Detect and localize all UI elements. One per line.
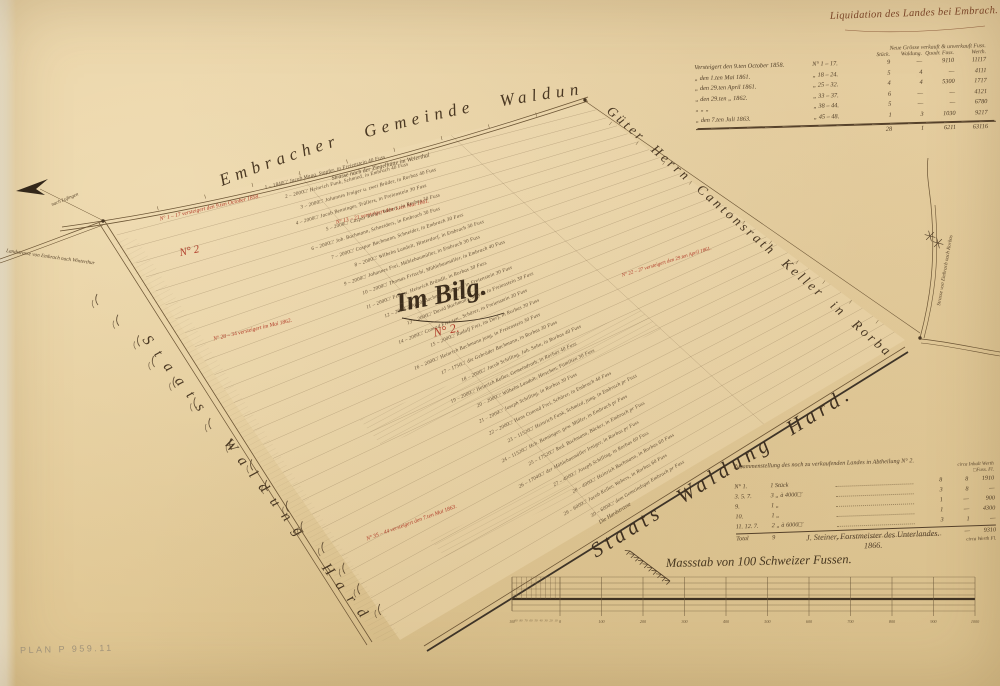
sprig-needle xyxy=(656,574,661,575)
auction-total-value: 63116 xyxy=(956,122,988,133)
north-arrow-icon xyxy=(16,179,48,195)
tree-icon xyxy=(933,242,938,243)
junction-dot-top xyxy=(583,98,586,101)
scale-major-label: 300 xyxy=(681,619,688,624)
summary-value: 4300 xyxy=(969,504,995,515)
summary-leader xyxy=(836,496,914,507)
bush-stroke xyxy=(96,294,98,305)
summary-value: 1 xyxy=(917,505,943,516)
auction-value: 9217 xyxy=(956,108,988,119)
auction-table: Neue Grösse verkauft & unverkauft Fuss. … xyxy=(694,43,996,140)
sprig-needle xyxy=(643,564,648,565)
tree-icon xyxy=(930,232,934,236)
scale-fine-label: 10 xyxy=(555,619,559,623)
scale-caption: Massstab von 100 Schweizer Fussen. xyxy=(665,552,852,570)
summary-value: — xyxy=(969,514,995,525)
bush-stroke xyxy=(92,300,94,308)
auction-value: 1030 xyxy=(924,109,956,120)
sprig-needle xyxy=(629,554,634,555)
summary-value: 8 xyxy=(942,475,968,486)
tree-icon xyxy=(930,236,931,241)
summary-value: 1 xyxy=(944,515,970,526)
sprig-needle xyxy=(665,581,670,582)
scale-major-label: 700 xyxy=(847,619,854,624)
tree-icon xyxy=(938,243,939,248)
sprig-needle xyxy=(634,557,639,558)
summary-leader xyxy=(837,516,915,527)
tree-icon xyxy=(938,243,943,244)
auction-value: 3 xyxy=(892,110,924,121)
bush-stroke xyxy=(117,315,119,326)
auction-parcel-nos xyxy=(814,125,860,137)
auction-date: „ den 7.ten Juli 1863. xyxy=(696,113,814,127)
bush-stroke xyxy=(134,341,136,349)
scale-fine-label: 70 xyxy=(525,619,529,623)
scale-major-label: 500 xyxy=(764,619,771,624)
tree-icon xyxy=(925,235,930,236)
sprig-needle xyxy=(660,577,665,578)
scale-fine-label: 50 xyxy=(535,619,539,623)
summary-value: 1 xyxy=(917,495,943,506)
scale-fine-label: 90 xyxy=(515,619,519,623)
scale-fine-label: 60 xyxy=(530,619,534,623)
road-right-exit-a xyxy=(921,339,1000,352)
tree-icon xyxy=(926,236,930,240)
scale-major-label: 200 xyxy=(640,619,647,624)
north-arrow-line xyxy=(40,189,102,220)
auction-parcel-nos: „ 45 – 48. xyxy=(814,112,860,124)
tree-icon xyxy=(929,231,930,236)
summary-value: 8 xyxy=(942,485,968,496)
summary-value: 3 xyxy=(918,515,944,526)
scale-fine-label: 30 xyxy=(545,619,549,623)
title-flourish xyxy=(845,26,985,32)
summary-value: 3 xyxy=(916,485,942,496)
auction-table-rows: Versteigert den 9.ten October 1858.N° 1 … xyxy=(694,55,996,141)
bush-stroke xyxy=(170,383,172,391)
road-rorbas-b xyxy=(924,205,937,338)
summary-value: 900 xyxy=(969,494,995,505)
scale-fine-label: 20 xyxy=(550,619,554,623)
summary-value: — xyxy=(943,505,969,516)
sprig-stem xyxy=(630,551,670,581)
road-rorbas-a xyxy=(920,158,933,338)
scale-major-label: 0 xyxy=(559,619,562,624)
bush-stroke xyxy=(137,335,139,346)
summary-no: 11. 12. 7. xyxy=(736,521,772,532)
scale-major-label: 1000 xyxy=(971,619,980,624)
scale-fine-label: 40 xyxy=(540,619,544,623)
summary-value: 8 xyxy=(916,475,942,486)
auction-total-value: 28 xyxy=(860,124,892,135)
bush-stroke xyxy=(113,321,115,329)
sprig-needle xyxy=(647,567,652,568)
road-label-lufingen: nach Lufingen xyxy=(51,192,80,208)
scale-major-label: 400 xyxy=(723,619,730,624)
scale-fine-label: 80 xyxy=(520,619,524,623)
summary-leader xyxy=(835,476,913,487)
sprig-needle xyxy=(625,551,630,552)
bush-stroke xyxy=(149,362,151,370)
map-sheet: Embracher Gemeinde Waldung Güter Herrn C… xyxy=(0,0,1000,686)
summary-value: 1910 xyxy=(968,474,994,485)
junction-dot-right xyxy=(918,336,921,339)
summary-value: — xyxy=(943,495,969,506)
tree-icon xyxy=(938,239,942,243)
auction-total-value: 6211 xyxy=(924,122,956,133)
road-label-landstrasse: Landstrasse von Embrach nach Winterthur xyxy=(5,248,96,267)
fir-sprig-icon xyxy=(625,551,670,585)
sprig-needle xyxy=(638,561,643,562)
auction-value: 1 xyxy=(860,111,892,122)
summary-leader xyxy=(836,506,914,517)
scale-major-label: 100 xyxy=(598,619,605,624)
auction-total-value: 1 xyxy=(892,123,924,134)
scale-bar: 1009080706050403020100100200300400500600… xyxy=(509,577,980,624)
scale-major-label: 900 xyxy=(930,619,937,624)
sprig-needle xyxy=(651,571,656,572)
summary-leader xyxy=(836,486,914,497)
scale-major-label: 800 xyxy=(889,619,896,624)
scale-major-label: 600 xyxy=(806,619,813,624)
tree-icon xyxy=(934,243,938,247)
summary-value: — xyxy=(968,484,994,495)
